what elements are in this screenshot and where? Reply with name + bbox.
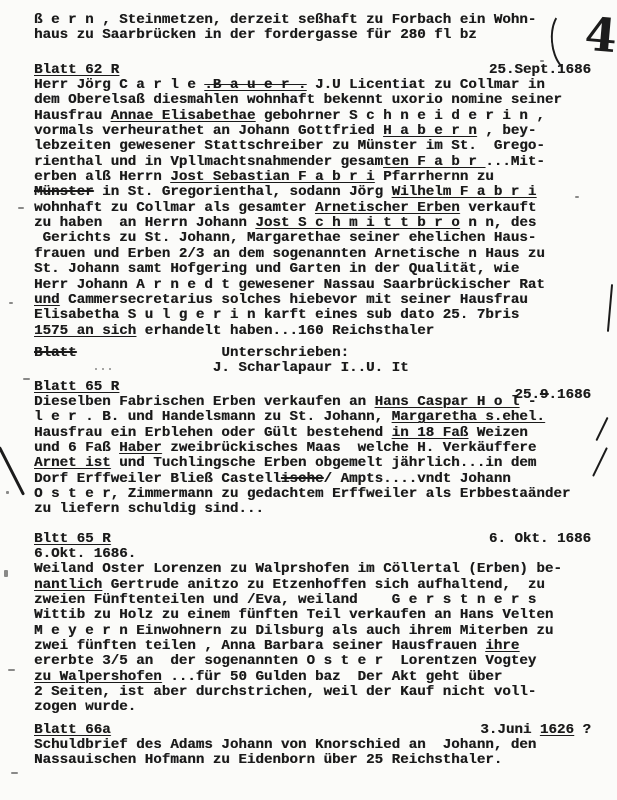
text-segment: Herr Jörg C a r l e (34, 77, 204, 93)
text-segment: Dieselben Fabrischen Erben verkaufen an (34, 394, 375, 410)
marked-text: .B a u e r . (204, 77, 306, 93)
text-segment: rienthal und in Vpllmachtsnahmender gesa… (34, 154, 383, 170)
text-line: zu haben an Herrn Johann Jost S c h m i … (34, 216, 591, 231)
text-line: nantlich Gertrude anitzo zu Etzenhoffen … (34, 578, 591, 593)
text-line: l e r . B. und Handelsmann zu St. Johann… (34, 410, 591, 425)
text-segment: / Ampts....vndt Johann (323, 471, 510, 487)
text-segment: zu haben an Herrn Johann (34, 215, 255, 231)
text-segment: Elisabetha S u l g e r i n karft eines s… (34, 307, 519, 323)
page: ß e r n , Steinmetzen, derzeit seßhaft z… (0, 0, 617, 800)
text-line: Hausfrau Annae Elisabethae gebohrner S c… (34, 109, 591, 124)
text-segment: 2 Seiten, ist aber durchstrichen, weil d… (34, 684, 536, 700)
text-segment: zwei fünften teilen , Anna Barbara seine… (34, 638, 485, 654)
text-line: O s t e r, Zimmermann zu gedachtem Erffw… (34, 487, 591, 502)
document-scan: { "document": { "corner_mark": "4", "blo… (0, 0, 617, 800)
text-segment: J.U Licentiat zu Collmar in (306, 77, 544, 93)
text-segment: Unterschrieben: (77, 345, 349, 361)
text-segment: verkauft (460, 200, 537, 216)
text-line: vormals verheurathet an Johann Gottfried… (34, 124, 591, 139)
ink-speck (6, 491, 9, 494)
handwritten-page-number: 4 (583, 11, 617, 60)
marked-text: nantlich (34, 577, 102, 593)
marked-text: Blatt 66a (34, 722, 111, 738)
marked-text: Margaretha s.ehel. (392, 409, 545, 425)
entry-blatt-62r: Blatt 62 R25.Sept.1686Herr Jörg C a r l … (34, 63, 591, 339)
text-segment: Wittib zu Holz zu einem fünften Teil ver… (34, 607, 553, 623)
text-segment: Schuldbrief des Adams Johann von Knorsch… (34, 737, 536, 753)
ink-speck (540, 60, 544, 62)
text-line: ß e r n , Steinmetzen, derzeit seßhaft z… (34, 13, 591, 28)
text-segment: M e y e r n Einwohnern zu Dilsburg als a… (34, 623, 553, 639)
text-line: Arnet ist und Tuchlingsche Erben obgemel… (34, 456, 591, 471)
text-line: Weiland Oster Lorenzen zu Walprshofen im… (34, 562, 591, 577)
marked-text: und (34, 292, 60, 308)
text-segment: lebzeiten gewesener Stattschreiber zu Mü… (34, 138, 545, 154)
text-line: Schuldbrief des Adams Johann von Knorsch… (34, 738, 591, 753)
marked-text: in 18 Faß (392, 425, 469, 441)
text-segment: Hausfrau ein Erblehen oder Gült bestehen… (34, 425, 392, 441)
text-line: dem Oberelsaß diesmahlen wohnhaft bekenn… (34, 93, 591, 108)
text-segment: haus zu Saarbrücken in der fordergasse f… (34, 27, 477, 43)
marked-text: H a b e r n (383, 123, 477, 139)
ink-speck (95, 368, 97, 370)
text-segment: und Tuchlingsche Erben obgemelt jährlich… (111, 455, 537, 471)
text-segment: in St. Gregorienthal, sodann Jörg (94, 184, 392, 200)
text-line: erben alß Herrn Jost Sebastian F a b r i… (34, 170, 591, 185)
text-line: 2 Seiten, ist aber durchstrichen, weil d… (34, 685, 591, 700)
text-segment: zweibrückisches Maas welche H. Verkäuffe… (162, 440, 537, 456)
entry-intro-fragment: ß e r n , Steinmetzen, derzeit seßhaft z… (34, 13, 591, 44)
text-segment: St. Johann samt Hofgering und Garten in … (34, 261, 519, 277)
text-segment: Hausfrau (34, 108, 111, 124)
text-segment: 3.Juni (480, 722, 540, 738)
text-line: und Cammersecretarius solches hiebevor m… (34, 293, 591, 308)
marked-text: Hans Caspar H o l (375, 394, 520, 410)
text-segment: ...Mit- (485, 154, 545, 170)
entry-date: 6. Okt. 1686 (489, 532, 591, 547)
marked-text: Jost S c h m i t t b r o (255, 215, 459, 231)
marked-text: Wilhelm F a b r i (392, 184, 537, 200)
text-line: und 6 Faß Haber zweibrückisches Maas wel… (34, 441, 591, 456)
text-line: zogen wurde. (34, 700, 591, 715)
text-segment: Weiland Oster Lorenzen zu Walprshofen im… (34, 561, 562, 577)
text-line: Münster in St. Gregorienthal, sodann Jör… (34, 185, 591, 200)
text-line: wohnhaft zu Collmar als gesamter Arnetis… (34, 201, 591, 216)
text-segment: , bey- (477, 123, 537, 139)
text-line: Nassauischen Hofmann zu Eidenborn über 2… (34, 753, 591, 768)
ink-speck (4, 570, 8, 577)
text-line: Gerichts zu St. Johann, Margarethae sein… (34, 231, 591, 246)
ink-speck (575, 196, 579, 198)
marked-text: 1626 (540, 722, 574, 738)
ink-speck (18, 207, 24, 209)
ink-speck (109, 368, 111, 370)
text-segment: erben alß Herrn (34, 169, 170, 185)
text-segment: ererbte 3/5 an der sogenannten O s t e r… (34, 653, 536, 669)
text-segment: gebohrner S c h n e i d e r i n , (255, 108, 544, 124)
entry-blatt-65r-first: Blatt 65 R25.9.1686Dieselben Fabrischen … (34, 380, 591, 518)
marked-text: Blatt 65 R (34, 379, 119, 395)
text-segment: Cammersecretarius solches hiebevor mit s… (60, 292, 528, 308)
text-segment: Dorf Erffweiler Bließ Castell (34, 471, 281, 487)
entry-header: Blatt 65 R25.9.1686 (34, 380, 591, 395)
text-segment: ...für 50 Gulden baz Der Akt geht über (162, 669, 503, 685)
text-line: Herr Johann A r n e d t gewesener Nassau… (34, 278, 591, 293)
text-segment: - (519, 394, 536, 410)
text-segment: zweien Fünftenteilen und /Eva, weiland G… (34, 592, 536, 608)
text-segment: n n, des (460, 215, 537, 231)
marked-text: 1575 an sich (34, 323, 136, 339)
text-segment: Herr Johann A r n e d t gewesener Nassau… (34, 277, 545, 293)
marked-text: Jost Sebastian F a b r i (170, 169, 374, 185)
text-segment: ß e r n , Steinmetzen, derzeit seßhaft z… (34, 12, 536, 28)
text-line: Dorf Erffweiler Bließ Castellische/ Ampt… (34, 472, 591, 487)
text-segment: wohnhaft zu Collmar als gesamter (34, 200, 315, 216)
entry-header: Blatt 62 R25.Sept.1686 (34, 63, 591, 78)
text-line: ererbte 3/5 an der sogenannten O s t e r… (34, 654, 591, 669)
text-segment: frauen und Erben 2/3 an dem sogenannten … (34, 246, 545, 262)
ink-speck (9, 302, 13, 304)
marked-text: ten F a b r (383, 154, 485, 170)
text-segment: Nassauischen Hofmann zu Eidenborn über 2… (34, 752, 502, 768)
ink-speck (23, 378, 30, 380)
text-line: Dieselben Fabrischen Erben verkaufen an … (34, 395, 591, 410)
text-line: St. Johann samt Hofgering und Garten in … (34, 262, 591, 277)
ink-speck (8, 669, 15, 671)
text-line: zu liefern schuldig sind... (34, 502, 591, 517)
text-line: Herr Jörg C a r l e .B a u e r . J.U Lic… (34, 78, 591, 93)
text-segment: vormals verheurathet an Johann Gottfried (34, 123, 383, 139)
text-segment: Weizen (468, 425, 528, 441)
entry-signature: Blatt Unterschrieben: J. Scharlapaur I..… (34, 346, 591, 377)
text-segment: J. Scharlapaur I..U. It (34, 360, 409, 376)
text-line: haus zu Saarbrücken in der fordergasse f… (34, 28, 591, 43)
text-line: Hausfrau ein Erblehen oder Gült bestehen… (34, 426, 591, 441)
marked-text: Arnet ist (34, 455, 111, 471)
marked-text: Münster (34, 184, 94, 200)
entry-header: Bltt 65 R6. Okt. 1686 (34, 532, 591, 547)
entry-blatt-66a: Blatt 66a3.Juni 1626 ?Schuldbrief des Ad… (34, 723, 591, 769)
text-line: Elisabetha S u l g e r i n karft eines s… (34, 308, 591, 323)
text-segment: l e r . B. und Handelsmann zu St. Johann… (34, 409, 392, 425)
text-line: frauen und Erben 2/3 an dem sogenannten … (34, 247, 591, 262)
text-line: 6.Okt. 1686. (34, 547, 591, 562)
text-line: 1575 an sich erhandelt haben...160 Reich… (34, 324, 591, 339)
text-segment: O s t e r, Zimmermann zu gedachtem Erffw… (34, 486, 570, 502)
entry-header: Blatt 66a3.Juni 1626 ? (34, 723, 591, 738)
text-line: zu Walpershofen ...für 50 Gulden baz Der… (34, 670, 591, 685)
ink-speck (102, 368, 104, 370)
text-line: rienthal und in Vpllmachtsnahmender gesa… (34, 155, 591, 170)
marked-text: ihre (485, 638, 519, 654)
text-segment: 6. Okt. 1686 (489, 531, 591, 547)
text-segment: und 6 Faß (34, 440, 119, 456)
text-segment: 6.Okt. 1686. (34, 546, 136, 562)
marked-text: Arnetischer Erben (315, 200, 460, 216)
marked-text: Blatt 62 R (34, 62, 119, 78)
text-segment: erhandelt haben...160 Reichsthaler (136, 323, 434, 339)
text-line: M e y e r n Einwohnern zu Dilsburg als a… (34, 624, 591, 639)
text-segment: Pfarrhernn zu (375, 169, 494, 185)
marked-text: Annae Elisabethae (111, 108, 256, 124)
text-segment: Gertrude anitzo zu Etzenhoffen sich aufh… (102, 577, 545, 593)
text-line: zweien Fünftenteilen und /Eva, weiland G… (34, 593, 591, 608)
text-line: Wittib zu Holz zu einem fünften Teil ver… (34, 608, 591, 623)
text-line: zwei fünften teilen , Anna Barbara seine… (34, 639, 591, 654)
text-line: lebzeiten gewesener Stattschreiber zu Mü… (34, 139, 591, 154)
marked-text: Haber (119, 440, 162, 456)
marked-text: Blatt (34, 345, 77, 361)
marked-text: Bltt 65 R (34, 531, 111, 547)
text-segment: zogen wurde. (34, 699, 136, 715)
entry-blatt-65r-second: Bltt 65 R6. Okt. 16866.Okt. 1686.Weiland… (34, 532, 591, 716)
text-segment: dem Oberelsaß diesmahlen wohnhaft bekenn… (34, 92, 562, 108)
text-line: Blatt Unterschrieben: (34, 346, 591, 361)
text-segment: Gerichts zu St. Johann, Margarethae sein… (34, 230, 536, 246)
text-segment: ? (574, 722, 591, 738)
ink-speck (11, 772, 18, 774)
marked-text: ische (281, 471, 324, 487)
entry-date: 3.Juni 1626 ? (480, 723, 591, 738)
marked-text: zu Walpershofen (34, 669, 162, 685)
text-segment: zu liefern schuldig sind... (34, 501, 264, 517)
text-line: J. Scharlapaur I..U. It (34, 361, 591, 376)
